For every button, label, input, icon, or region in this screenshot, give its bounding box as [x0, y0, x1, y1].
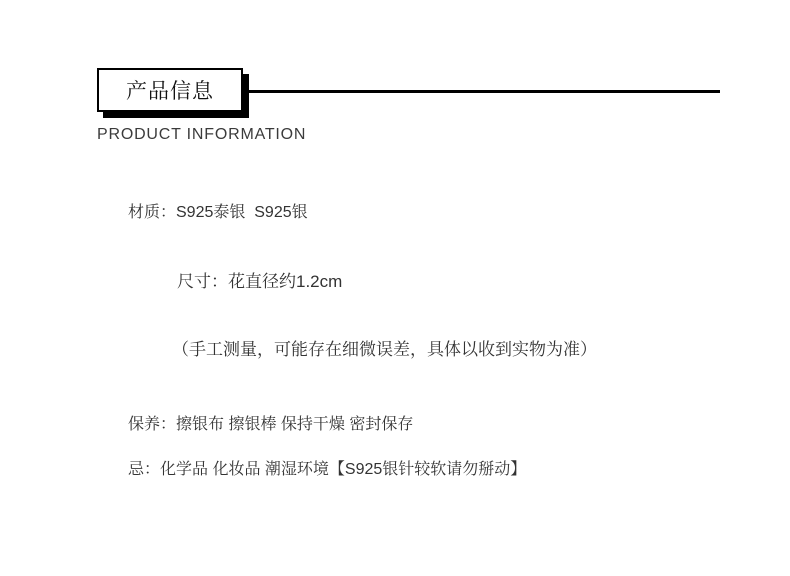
header-rule-line	[240, 90, 720, 93]
product-info-title-box: 产品信息	[97, 68, 243, 112]
avoid-warning-text: 忌：化学品 化妆品 潮湿环境【S925银针较软请勿掰动】	[128, 460, 526, 479]
care-instructions-text: 保养：擦银布 擦银棒 保持干燥 密封保存	[128, 415, 413, 434]
size-text: 尺寸：花直径约1.2cm	[177, 272, 342, 292]
material-text: 材质：S925泰银 S925银	[128, 203, 308, 222]
measurement-note-text: （手工测量，可能存在细微误差，具体以收到实物为准）	[172, 340, 597, 360]
section-title-en: PRODUCT INFORMATION	[97, 126, 306, 144]
product-info-section: 产品信息 PRODUCT INFORMATION 材质：S925泰银 S925银…	[0, 0, 790, 576]
section-title-cn: 产品信息	[126, 75, 214, 105]
